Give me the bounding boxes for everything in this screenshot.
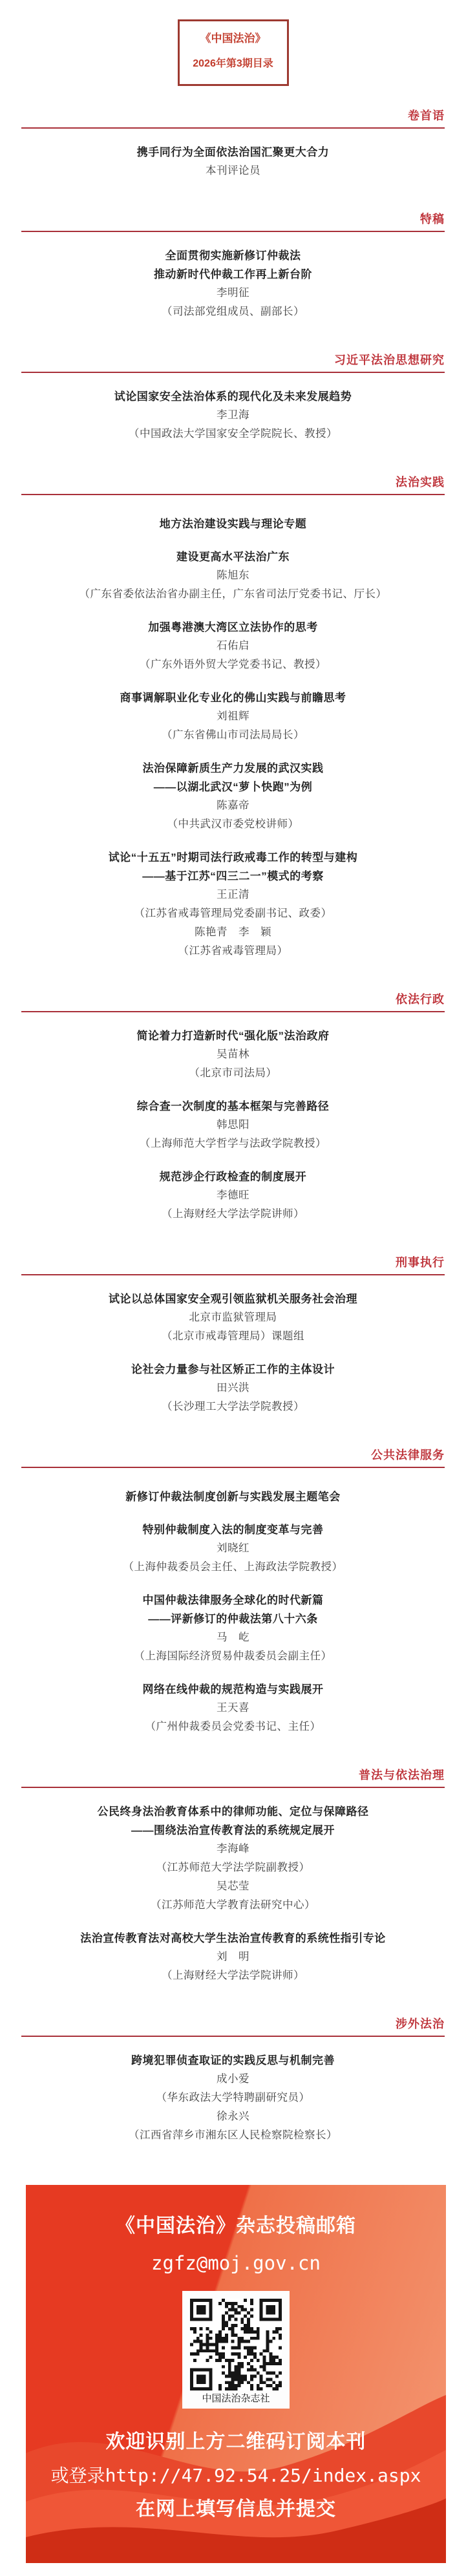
article-author-line: （北京市司法局） xyxy=(0,1064,466,1083)
toc-entry: 论社会力量参与社区矫正工作的主体设计田兴洪（长沙理工大学法学院教授） xyxy=(0,1360,466,1416)
section: 刑事执行试论以总体国家安全观引领监狱机关服务社会治理北京市监狱管理局（北京市戒毒… xyxy=(0,1255,466,1416)
toc-entry: 全面贯彻实施新修订仲裁法推动新时代仲裁工作再上新台阶李明征（司法部党组成员、副部… xyxy=(0,246,466,321)
section: 依法行政简论着力打造新时代“强化版”法治政府吴苗林（北京市司法局）综合查一次制度… xyxy=(0,992,466,1224)
toc-entry: 简论着力打造新时代“强化版”法治政府吴苗林（北京市司法局） xyxy=(0,1027,466,1083)
toc-entry: 试论“十五五”时期司法行政戒毒工作的转型与建构——基于江苏“四三二一”模式的考察… xyxy=(0,848,466,961)
section-divider xyxy=(21,372,445,373)
article-author-line: 陈旭东 xyxy=(0,566,466,585)
section-label: 法治实践 xyxy=(0,474,466,490)
section-label: 刑事执行 xyxy=(0,1255,466,1270)
qr-caption: 中国法治杂志社 xyxy=(190,2390,282,2406)
toc-entry: 加强粤港澳大湾区立法协作的思考石佑启（广东外语外贸大学党委书记、教授） xyxy=(0,618,466,674)
table-of-contents: 卷首语携手同行为全面依法治国汇聚更大合力本刊评论员特稿全面贯彻实施新修订仲裁法推… xyxy=(0,108,466,2145)
subscribe-hint-line: 欢迎识别上方二维码订阅本刊 xyxy=(26,2425,446,2459)
article-author-line: （江苏师范大学法学院副教授） xyxy=(0,1858,466,1877)
toc-entry: 网络在线仲裁的规范构造与实践展开王天喜（广州仲裁委员会党委书记、主任） xyxy=(0,1680,466,1736)
section-divider xyxy=(21,2036,445,2037)
issue-label: 2026年第3期目录 xyxy=(189,57,278,71)
toc-entry: 商事调解职业化专业化的佛山实践与前瞻思考刘祖辉（广东省佛山市司法局局长） xyxy=(0,688,466,745)
article-author-line: 陈艳青 李 颖 xyxy=(0,923,466,942)
toc-entry: 中国仲裁法律服务全球化的时代新篇——评新修订的仲裁法第八十六条马 屹（上海国际经… xyxy=(0,1591,466,1666)
article-author-line: 成小爱 xyxy=(0,2070,466,2089)
toc-entry: 试论国家安全法治体系的现代化及未来发展趋势李卫海（中国政法大学国家安全学院院长、… xyxy=(0,387,466,443)
toc-entry: 特别仲裁制度入法的制度变革与完善刘晓红（上海仲裁委员会主任、上海政法学院教授） xyxy=(0,1520,466,1577)
banner-title: 《中国法治》杂志投稿邮箱 xyxy=(26,2185,446,2238)
article-title-line: 法治宣传教育法对高校大学生法治宣传教育的系统性指引专论 xyxy=(0,1929,466,1948)
banner-message: 欢迎识别上方二维码订阅本刊 或登录http://47.92.54.25/inde… xyxy=(26,2425,446,2526)
toc-entry: 法治宣传教育法对高校大学生法治宣传教育的系统性指引专论刘 明（上海财经大学法学院… xyxy=(0,1929,466,1985)
article-author-line: （广州仲裁委员会党委书记、主任） xyxy=(0,1718,466,1736)
article-author-line: 李明征 xyxy=(0,284,466,303)
article-author-line: 吴芯莹 xyxy=(0,1877,466,1896)
article-author-line: 本刊评论员 xyxy=(0,162,466,180)
article-title-line: 法治保障新质生产力发展的武汉实践 xyxy=(0,759,466,778)
article-author-line: 田兴洪 xyxy=(0,1379,466,1398)
article-author-line: （司法部党组成员、副部长） xyxy=(0,303,466,321)
article-title-line: 公民终身法治教育体系中的律师功能、定位与保障路径 xyxy=(0,1802,466,1821)
article-author-line: （江苏省戒毒管理局） xyxy=(0,942,466,961)
toc-entry: 综合查一次制度的基本框架与完善路径韩思阳（上海师范大学哲学与法政学院教授） xyxy=(0,1097,466,1153)
article-author-line: （上海国际经济贸易仲裁委员会副主任） xyxy=(0,1647,466,1666)
article-author-line: （长沙理工大学法学院教授） xyxy=(0,1398,466,1416)
submit-hint-line: 在网上填写信息并提交 xyxy=(26,2493,446,2526)
article-author-line: 陈嘉帝 xyxy=(0,796,466,815)
article-title-line: 全面贯彻实施新修订仲裁法 xyxy=(0,246,466,265)
toc-entry: 规范涉企行政检查的制度展开李德旺（上海财经大学法学院讲师） xyxy=(0,1167,466,1224)
article-author-line: 李卫海 xyxy=(0,406,466,425)
article-title-line: 简论着力打造新时代“强化版”法治政府 xyxy=(0,1027,466,1045)
article-title-line: 试论以总体国家安全观引领监狱机关服务社会治理 xyxy=(0,1290,466,1308)
article-title-line: 跨境犯罪侦查取证的实践反思与机制完善 xyxy=(0,2051,466,2070)
section: 习近平法治思想研究试论国家安全法治体系的现代化及未来发展趋势李卫海（中国政法大学… xyxy=(0,352,466,443)
section-divider xyxy=(21,494,445,495)
article-title-line: 特别仲裁制度入法的制度变革与完善 xyxy=(0,1520,466,1539)
section: 公共法律服务新修订仲裁法制度创新与实践发展主题笔会特别仲裁制度入法的制度变革与完… xyxy=(0,1447,466,1736)
article-author-line: 刘祖辉 xyxy=(0,707,466,726)
toc-entry: 建设更高水平法治广东陈旭东（广东省委依法治省办副主任，广东省司法厅党委书记、厅长… xyxy=(0,548,466,604)
section-label: 特稿 xyxy=(0,211,466,227)
article-author-line: （上海财经大学法学院讲师） xyxy=(0,1205,466,1224)
banner-content: 《中国法治》杂志投稿邮箱 zgfz@moj.gov.cn 中国法治杂志社 欢迎识… xyxy=(26,2185,446,2526)
article-author-line: 北京市监狱管理局 xyxy=(0,1308,466,1327)
section-divider xyxy=(21,1467,445,1468)
section: 卷首语携手同行为全面依法治国汇聚更大合力本刊评论员 xyxy=(0,108,466,180)
section: 普法与依法治理公民终身法治教育体系中的律师功能、定位与保障路径——围绕法治宣传教… xyxy=(0,1767,466,1985)
article-title-line: ——围绕法治宣传教育法的系统规定展开 xyxy=(0,1821,466,1840)
article-title-line: 网络在线仲裁的规范构造与实践展开 xyxy=(0,1680,466,1699)
article-title-line: 规范涉企行政检查的制度展开 xyxy=(0,1167,466,1186)
article-author-line: 王正清 xyxy=(0,886,466,904)
toc-entry: 试论以总体国家安全观引领监狱机关服务社会治理北京市监狱管理局（北京市戒毒管理局）… xyxy=(0,1290,466,1346)
article-author-line: （中共武汉市委党校讲师） xyxy=(0,815,466,834)
article-title-line: 综合查一次制度的基本框架与完善路径 xyxy=(0,1097,466,1116)
article-author-line: （广东外语外贸大学党委书记、教授） xyxy=(0,655,466,674)
qr-code-panel: 中国法治杂志社 xyxy=(182,2291,290,2409)
issue-title-box: 《中国法治》 2026年第3期目录 xyxy=(178,19,289,86)
article-author-line: 李德旺 xyxy=(0,1186,466,1205)
article-title-line: 试论国家安全法治体系的现代化及未来发展趋势 xyxy=(0,387,466,406)
article-author-line: 吴苗林 xyxy=(0,1045,466,1064)
article-author-line: （华东政法大学特聘副研究员） xyxy=(0,2089,466,2107)
page: 《中国法治》 2026年第3期目录 卷首语携手同行为全面依法治国汇聚更大合力本刊… xyxy=(0,0,466,2575)
article-title-line: ——评新修订的仲裁法第八十六条 xyxy=(0,1610,466,1628)
topic-title: 新修订仲裁法制度创新与实践发展主题笔会 xyxy=(0,1487,466,1506)
article-author-line: （江西省萍乡市湘东区人民检察院检察长） xyxy=(0,2126,466,2145)
article-title-line: 携手同行为全面依法治国汇聚更大合力 xyxy=(0,143,466,162)
article-author-line: （上海师范大学哲学与法政学院教授） xyxy=(0,1134,466,1153)
article-title-line: 中国仲裁法律服务全球化的时代新篇 xyxy=(0,1591,466,1610)
article-author-line: （上海财经大学法学院讲师） xyxy=(0,1966,466,1985)
article-author-line: 马 屹 xyxy=(0,1628,466,1647)
article-title-line: 试论“十五五”时期司法行政戒毒工作的转型与建构 xyxy=(0,848,466,867)
section-divider xyxy=(21,231,445,232)
article-author-line: 刘 明 xyxy=(0,1948,466,1966)
section-label: 习近平法治思想研究 xyxy=(0,352,466,368)
section-divider xyxy=(21,1274,445,1275)
section-label: 卷首语 xyxy=(0,108,466,123)
section-label: 依法行政 xyxy=(0,992,466,1007)
subscription-banner: 《中国法治》杂志投稿邮箱 zgfz@moj.gov.cn 中国法治杂志社 欢迎识… xyxy=(26,2185,446,2563)
section-label: 公共法律服务 xyxy=(0,1447,466,1463)
article-title-line: 推动新时代仲裁工作再上新台阶 xyxy=(0,265,466,284)
article-author-line: 石佑启 xyxy=(0,637,466,655)
article-title-line: 论社会力量参与社区矫正工作的主体设计 xyxy=(0,1360,466,1379)
article-title-line: 加强粤港澳大湾区立法协作的思考 xyxy=(0,618,466,637)
submission-email: zgfz@moj.gov.cn xyxy=(26,2252,446,2274)
article-title-line: 建设更高水平法治广东 xyxy=(0,548,466,566)
article-author-line: （中国政法大学国家安全学院院长、教授） xyxy=(0,425,466,443)
toc-entry: 法治保障新质生产力发展的武汉实践——以湖北武汉“萝卜快跑”为例陈嘉帝（中共武汉市… xyxy=(0,759,466,834)
article-author-line: （江苏师范大学教育法研究中心） xyxy=(0,1896,466,1915)
article-author-line: （广东省佛山市司法局局长） xyxy=(0,726,466,745)
section-label: 普法与依法治理 xyxy=(0,1767,466,1783)
article-title-line: 商事调解职业化专业化的佛山实践与前瞻思考 xyxy=(0,688,466,707)
article-author-line: 韩思阳 xyxy=(0,1116,466,1134)
section: 涉外法治跨境犯罪侦查取证的实践反思与机制完善成小爱（华东政法大学特聘副研究员）徐… xyxy=(0,2016,466,2145)
section: 法治实践地方法治建设实践与理论专题建设更高水平法治广东陈旭东（广东省委依法治省办… xyxy=(0,474,466,961)
article-title-line: ——基于江苏“四三二一”模式的考察 xyxy=(0,867,466,886)
subscription-url-line: 或登录http://47.92.54.25/index.aspx xyxy=(26,2459,446,2493)
journal-name: 《中国法治》 xyxy=(189,32,278,46)
section-divider xyxy=(21,1011,445,1012)
article-author-line: 王天喜 xyxy=(0,1699,466,1718)
article-author-line: （江苏省戒毒管理局党委副书记、政委） xyxy=(0,904,466,923)
qr-code-image xyxy=(190,2299,282,2390)
section-divider xyxy=(21,127,445,129)
article-author-line: （北京市戒毒管理局）课题组 xyxy=(0,1327,466,1346)
toc-entry: 携手同行为全面依法治国汇聚更大合力本刊评论员 xyxy=(0,143,466,180)
section: 特稿全面贯彻实施新修订仲裁法推动新时代仲裁工作再上新台阶李明征（司法部党组成员、… xyxy=(0,211,466,321)
article-title-line: ——以湖北武汉“萝卜快跑”为例 xyxy=(0,778,466,796)
topic-title: 地方法治建设实践与理论专题 xyxy=(0,515,466,533)
article-author-line: 李海峰 xyxy=(0,1840,466,1858)
toc-entry: 跨境犯罪侦查取证的实践反思与机制完善成小爱（华东政法大学特聘副研究员）徐永兴（江… xyxy=(0,2051,466,2145)
section-divider xyxy=(21,1787,445,1788)
section-label: 涉外法治 xyxy=(0,2016,466,2032)
article-author-line: （广东省委依法治省办副主任，广东省司法厅党委书记、厅长） xyxy=(0,585,466,604)
toc-entry: 公民终身法治教育体系中的律师功能、定位与保障路径——围绕法治宣传教育法的系统规定… xyxy=(0,1802,466,1915)
article-author-line: 徐永兴 xyxy=(0,2107,466,2126)
article-author-line: （上海仲裁委员会主任、上海政法学院教授） xyxy=(0,1558,466,1577)
article-author-line: 刘晓红 xyxy=(0,1539,466,1558)
